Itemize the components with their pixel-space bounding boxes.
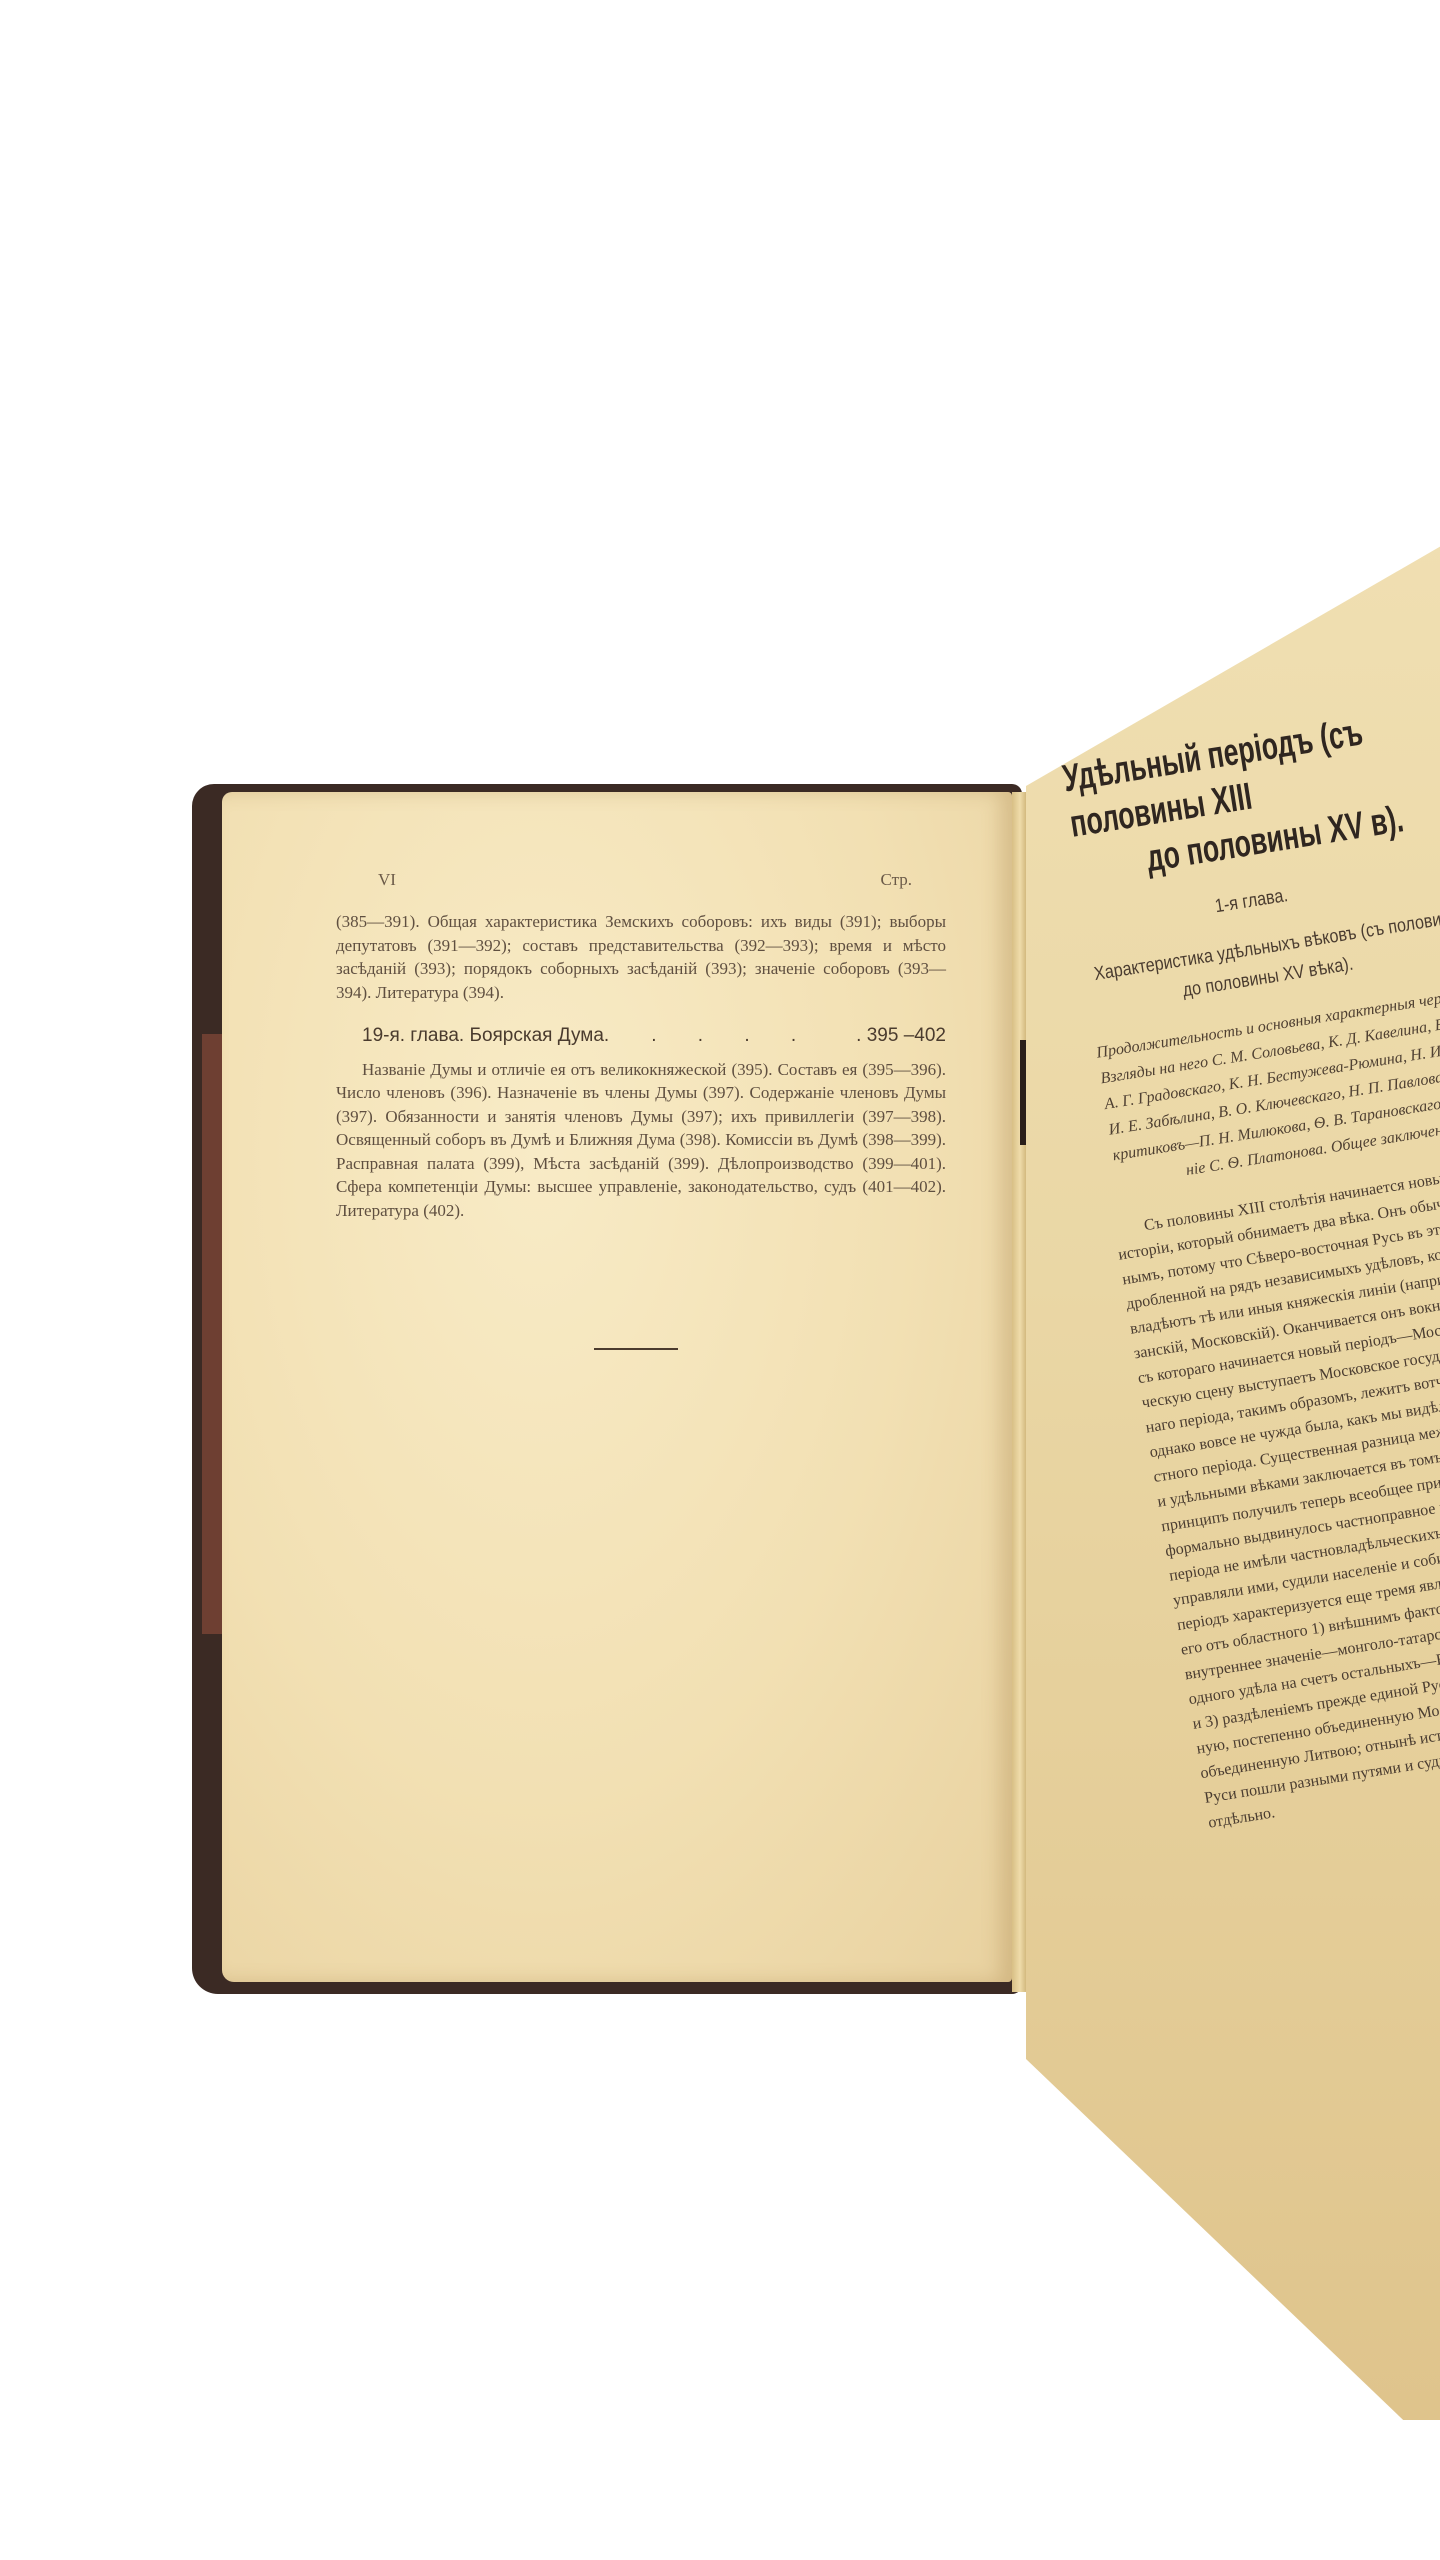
left-page: VI Стр. (385—391). Общая характеристика … [222,792,1012,1982]
toc-body: (385—391). Общая характеристика Земскихъ… [336,910,946,1222]
page-number: VI [378,870,396,889]
toc-chapter-paragraph: Названіе Думы и отличіе ея отъ великокня… [336,1058,946,1223]
page-column-label: Стр. [880,870,912,890]
left-page-header: VI Стр. [378,870,912,890]
toc-continued-paragraph: (385—391). Общая характеристика Земскихъ… [336,910,946,1004]
section-end-rule [594,1348,678,1350]
toc-chapter-pages: . 395 –402 [856,1024,946,1048]
toc-leader-dots: . . . . [651,1024,814,1048]
toc-chapter-title: 19-я. глава. Боярская Дума. [362,1024,609,1048]
gutter-binding-mark [1020,1040,1026,1145]
book-gutter [1012,792,1028,1992]
toc-chapter-entry: 19-я. глава. Боярская Дума. . . . . . 39… [362,1024,946,1048]
